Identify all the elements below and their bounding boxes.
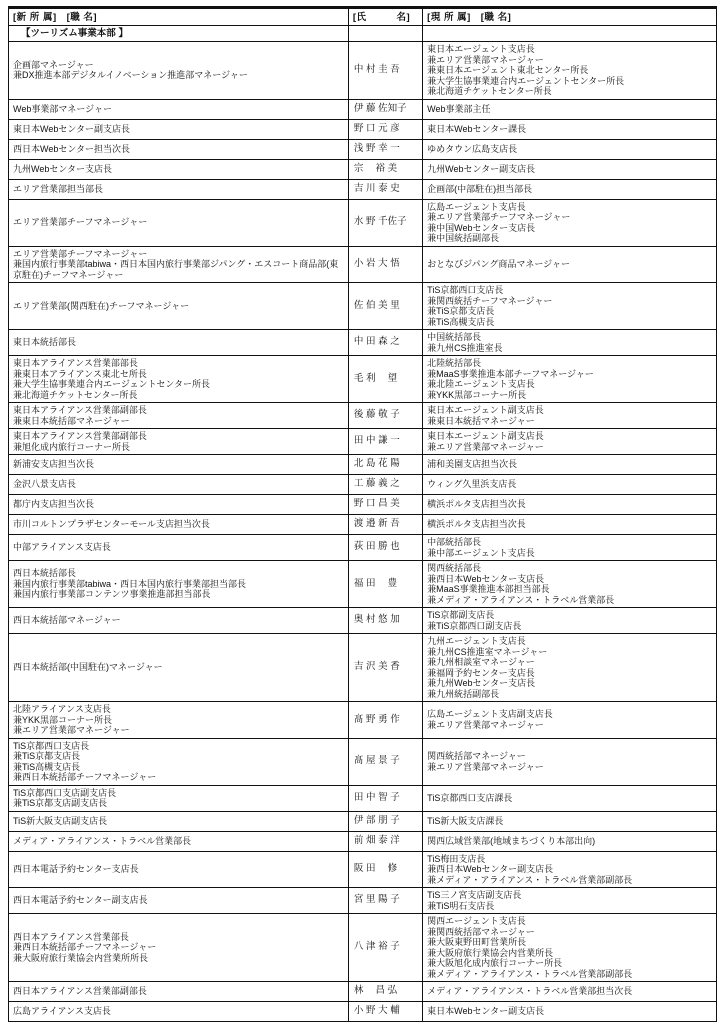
name-cell: 小 岩 大 悟 — [348, 246, 422, 283]
section-empty-cell-current — [423, 26, 717, 42]
cell-line: Web事業部マネージャー — [13, 104, 344, 115]
table-row: 東日本アライアンス営業部副部長兼旭化成内旅行コーナー所長田 中 謙 一東日本エー… — [9, 429, 717, 455]
cell-line: 企画部(中部駐在)担当部長 — [427, 184, 712, 195]
cell-line: 兼旭化成内旅行コーナー所長 — [13, 442, 344, 453]
cell-line: 兼MaaS事業推進本部チーフマネージャー — [427, 369, 712, 380]
cell-line: 北陸統括部長 — [427, 358, 712, 369]
name-cell: 水 野 千佐子 — [348, 199, 422, 246]
cell-line: 中 村 圭 吾 — [354, 65, 418, 76]
table-row: Web事業部マネージャー伊 藤 佐知子Web事業部主任 — [9, 99, 717, 119]
cell-line: 西日本電話予約センター支店長 — [13, 864, 344, 875]
cell-line: 伊 部 朋 子 — [354, 816, 418, 827]
cell-line: 兼TiS高槻支店長 — [427, 317, 712, 328]
cell-line: 浅 野 幸 一 — [354, 144, 418, 155]
cell-line: 兼東日本統括マネージャー — [427, 416, 712, 427]
current-position-cell: 関西エージェント支店長兼関西統括部マネージャー兼大阪東野田町営業所長兼大阪府旅行… — [423, 914, 717, 982]
name-cell: 毛 利 望 — [348, 356, 422, 403]
cell-line: 野 口 元 彦 — [354, 124, 418, 135]
new-position-cell: エリア営業部チーフマネージャー — [9, 199, 349, 246]
cell-line: 西日本アライアンス営業部副部長 — [13, 986, 344, 997]
cell-line: 兼MaaS事業推進本部担当部長 — [427, 584, 712, 595]
cell-line: 八 津 裕 子 — [354, 942, 418, 953]
cell-line: 中国統括部長 — [427, 332, 712, 343]
table-row: 西日本電話予約センター副支店長宮 里 陽 子TiS三ノ宮支店副支店長兼TiS明石… — [9, 888, 717, 914]
name-cell: 宗 裕 美 — [348, 159, 422, 179]
current-position-cell: 中国統括部長兼九州CS推進室長 — [423, 330, 717, 356]
cell-line: 兼国内旅行事業部tabiwa・西日本国内旅行事業部担当部長 — [13, 579, 344, 590]
cell-line: TiS京都西口支店副支店長 — [13, 788, 344, 799]
table-row: 新浦安支店担当次長北 島 花 陽浦和美園支店担当次長 — [9, 455, 717, 475]
cell-line: 前 畑 泰 洋 — [354, 836, 418, 847]
cell-line: 兼TiS京都支店長 — [13, 751, 344, 762]
current-position-cell: 東日本エージェント副支店長兼エリア営業部マネージャー — [423, 429, 717, 455]
cell-line: 東日本アライアンス営業部副部長 — [13, 431, 344, 442]
name-cell: 荻 田 勝 也 — [348, 535, 422, 561]
name-cell: 髙 野 勇 作 — [348, 702, 422, 739]
cell-line: 野 口 昌 美 — [354, 499, 418, 510]
cell-line: TiS京都西口支店課長 — [427, 793, 712, 804]
new-position-cell: エリア営業部担当部長 — [9, 179, 349, 199]
new-position-cell: エリア営業部(関西駐在)チーフマネージャー — [9, 283, 349, 330]
cell-line: 兼YKK黒部コーナー所長 — [13, 715, 344, 726]
table-row: TiS新大阪支店副支店長伊 部 朋 子TiS新大阪支店課長 — [9, 811, 717, 831]
cell-line: 東日本Webセンター課長 — [427, 124, 712, 135]
cell-line: 吉 川 泰 史 — [354, 184, 418, 195]
cell-line: 企画部マネージャー — [13, 60, 344, 71]
current-position-cell: TiS京都西口支店課長 — [423, 785, 717, 811]
new-position-cell: 企画部マネージャー兼DX推進本部デジタルイノベーション推進部マネージャー — [9, 42, 349, 100]
header-row: [新 所 属] [職 名] [氏 名] [現 所 属] [職 名] — [9, 8, 717, 26]
new-position-cell: 中部アライアンス支店長 — [9, 535, 349, 561]
cell-line: 兼中部エージェント支店長 — [427, 548, 712, 559]
current-position-cell: TiS新大阪支店課長 — [423, 811, 717, 831]
cell-line: 毛 利 望 — [354, 374, 418, 385]
new-position-cell: 東日本アライアンス営業部副部長兼東日本統括部マネージャー — [9, 403, 349, 429]
new-position-cell: 西日本統括部長兼国内旅行事業部tabiwa・西日本国内旅行事業部担当部長兼国内旅… — [9, 561, 349, 608]
table-row: TiS京都西口支店長兼TiS京都支店長兼TiS高槻支店長兼西日本統括部チーフマネ… — [9, 738, 717, 785]
table-row: 東日本Webセンター副支店長野 口 元 彦東日本Webセンター課長 — [9, 119, 717, 139]
cell-line: おとなびジパング商品マネージャー — [427, 259, 712, 270]
cell-line: 兼エリア営業部マネージャー — [427, 762, 712, 773]
current-position-cell: 東日本Webセンター副支店長 — [423, 1002, 717, 1022]
section-row: 【ツーリズム事業本部 】 — [9, 26, 717, 42]
cell-line: 関西エージェント支店長 — [427, 916, 712, 927]
cell-line: 兼TiS高槻支店長 — [13, 762, 344, 773]
cell-line: 兼メディア・アライアンス・トラベル営業部長 — [427, 595, 712, 606]
name-cell: 後 藤 敬 子 — [348, 403, 422, 429]
name-cell: 浅 野 幸 一 — [348, 139, 422, 159]
table-row: 東日本統括部長中 田 森 之中国統括部長兼九州CS推進室長 — [9, 330, 717, 356]
cell-line: 兼九州Webセンター支店長 — [427, 678, 712, 689]
cell-line: エリア営業部チーフマネージャー — [13, 249, 344, 260]
current-position-cell: 東日本エージェント支店長兼エリア営業部マネージャー兼東日本エージェント東北センタ… — [423, 42, 717, 100]
cell-line: 兼北海道チケットセンター所長 — [13, 390, 344, 401]
cell-line: 九州Webセンター副支店長 — [427, 164, 712, 175]
table-row: エリア営業部担当部長吉 川 泰 史企画部(中部駐在)担当部長 — [9, 179, 717, 199]
current-position-cell: 九州Webセンター副支店長 — [423, 159, 717, 179]
cell-line: エリア営業部チーフマネージャー — [13, 217, 344, 228]
name-cell: 伊 部 朋 子 — [348, 811, 422, 831]
cell-line: 兼関西統括チーフマネージャー — [427, 296, 712, 307]
cell-line: 兼メディア・アライアンス・トラベル営業部副部長 — [427, 875, 712, 886]
cell-line: 小 岩 大 悟 — [354, 259, 418, 270]
cell-line: 工 藤 義 之 — [354, 479, 418, 490]
cell-line: 兼国内旅行事業部tabiwa・西日本国内旅行事業部ジパング・エスコート商品部(東… — [13, 259, 344, 280]
cell-line: 兼大阪府旅行業協会内営業所長 — [427, 948, 712, 959]
name-cell: 北 島 花 陽 — [348, 455, 422, 475]
table-row: 都庁内支店担当次長野 口 昌 美横浜ポルタ支店担当次長 — [9, 495, 717, 515]
cell-line: 中部統括部長 — [427, 537, 712, 548]
cell-line: 兼TiS京都支店副支店長 — [13, 798, 344, 809]
new-position-cell: 九州Webセンター支店長 — [9, 159, 349, 179]
name-cell: 伊 藤 佐知子 — [348, 99, 422, 119]
cell-line: 中部アライアンス支店長 — [13, 542, 344, 553]
new-position-cell: 市川コルトンプラザセンターモール支店担当次長 — [9, 515, 349, 535]
cell-line: 田 中 謙 一 — [354, 436, 418, 447]
cell-line: 吉 沢 美 香 — [354, 662, 418, 673]
section-label: 【ツーリズム事業本部 】 — [9, 26, 349, 42]
cell-line: 九州エージェント支店長 — [427, 636, 712, 647]
cell-line: TiS梅田支店長 — [427, 854, 712, 865]
table-row: 市川コルトンプラザセンターモール支店担当次長渡 邉 新 吾横浜ポルタ支店担当次長 — [9, 515, 717, 535]
new-position-cell: TiS新大阪支店副支店長 — [9, 811, 349, 831]
current-position-cell: ウィング久里浜支店長 — [423, 475, 717, 495]
cell-line: 北陸アライアンス支店長 — [13, 704, 344, 715]
name-cell: 吉 沢 美 香 — [348, 634, 422, 702]
cell-line: 宗 裕 美 — [354, 164, 418, 175]
new-position-cell: 北陸アライアンス支店長兼YKK黒部コーナー所長兼エリア営業部マネージャー — [9, 702, 349, 739]
cell-line: エリア営業部担当部長 — [13, 184, 344, 195]
table-row: エリア営業部(関西駐在)チーフマネージャー佐 伯 美 里TiS京都西口支店長兼関… — [9, 283, 717, 330]
name-cell: 佐 伯 美 里 — [348, 283, 422, 330]
cell-line: 西日本統括部(中国駐在)マネージャー — [13, 662, 344, 673]
cell-line: 髙 野 勇 作 — [354, 715, 418, 726]
current-position-cell: TiS京都西口支店長兼関西統括チーフマネージャー兼TiS京都支店長兼TiS高槻支… — [423, 283, 717, 330]
cell-line: 金沢八景支店長 — [13, 479, 344, 490]
cell-line: メディア・アライアンス・トラベル営業部長 — [13, 836, 344, 847]
cell-line: 兼中国統括副部長 — [427, 233, 712, 244]
table-row: 西日本統括部長兼国内旅行事業部tabiwa・西日本国内旅行事業部担当部長兼国内旅… — [9, 561, 717, 608]
cell-line: 関西統括部マネージャー — [427, 751, 712, 762]
cell-line: 市川コルトンプラザセンターモール支店担当次長 — [13, 519, 344, 530]
cell-line: TiS京都西口支店長 — [13, 741, 344, 752]
new-position-cell: 西日本アライアンス営業部長兼西日本統括部チーフマネージャー兼大阪府旅行業協会内営… — [9, 914, 349, 982]
cell-line: 兼東日本統括部マネージャー — [13, 416, 344, 427]
name-cell: 渡 邉 新 吾 — [348, 515, 422, 535]
new-position-cell: 新浦安支店担当次長 — [9, 455, 349, 475]
new-position-cell: Web事業部マネージャー — [9, 99, 349, 119]
cell-line: 西日本Webセンター担当次長 — [13, 144, 344, 155]
cell-line: 兼九州相談室マネージャー — [427, 657, 712, 668]
current-position-cell: 横浜ポルタ支店担当次長 — [423, 515, 717, 535]
cell-line: Web事業部主任 — [427, 104, 712, 115]
new-position-cell: 東日本アライアンス営業部副部長兼旭化成内旅行コーナー所長 — [9, 429, 349, 455]
new-position-cell: 西日本アライアンス営業部副部長 — [9, 982, 349, 1002]
table-row: 西日本Webセンター担当次長浅 野 幸 一ゆめタウン広島支店長 — [9, 139, 717, 159]
new-position-cell: 西日本統括部マネージャー — [9, 608, 349, 634]
cell-line: 兼エリア営業部マネージャー — [427, 720, 712, 731]
current-position-cell: ゆめタウン広島支店長 — [423, 139, 717, 159]
table-row: エリア営業部チーフマネージャー兼国内旅行事業部tabiwa・西日本国内旅行事業部… — [9, 246, 717, 283]
new-position-cell: 西日本Webセンター担当次長 — [9, 139, 349, 159]
cell-line: 林 昌 弘 — [354, 986, 418, 997]
current-position-cell: 九州エージェント支店長兼九州CS推進室マネージャー兼九州相談室マネージャー兼福岡… — [423, 634, 717, 702]
name-cell: 小 野 大 輔 — [348, 1002, 422, 1022]
cell-line: 東日本エージェント支店長 — [427, 44, 712, 55]
personnel-transfer-table: [新 所 属] [職 名] [氏 名] [現 所 属] [職 名] 【ツーリズム… — [8, 6, 717, 1022]
cell-line: 東日本アライアンス営業部副部長 — [13, 405, 344, 416]
table-row: 西日本統括部マネージャー奥 村 悠 加TiS京都副支店長兼TiS京都西口副支店長 — [9, 608, 717, 634]
table-row: 九州Webセンター支店長宗 裕 美九州Webセンター副支店長 — [9, 159, 717, 179]
header-new-position: [新 所 属] [職 名] — [9, 8, 349, 26]
current-position-cell: TiS三ノ宮支店副支店長兼TiS明石支店長 — [423, 888, 717, 914]
cell-line: 荻 田 勝 也 — [354, 542, 418, 553]
cell-line: メディア・アライアンス・トラベル営業部担当次長 — [427, 986, 712, 997]
current-position-cell: 関西統括部マネージャー兼エリア営業部マネージャー — [423, 738, 717, 785]
current-position-cell: おとなびジパング商品マネージャー — [423, 246, 717, 283]
header-name: [氏 名] — [348, 8, 422, 26]
new-position-cell: 東日本アライアンス営業部部長兼東日本アライアンス東北セ所長兼大学生協事業連合内エ… — [9, 356, 349, 403]
cell-line: 兼西日本統括部チーフマネージャー — [13, 772, 344, 783]
current-position-cell: 横浜ポルタ支店担当次長 — [423, 495, 717, 515]
current-position-cell: Web事業部主任 — [423, 99, 717, 119]
name-cell: 阪 田 修 — [348, 851, 422, 888]
cell-line: ウィング久里浜支店長 — [427, 479, 712, 490]
new-position-cell: メディア・アライアンス・トラベル営業部長 — [9, 831, 349, 851]
cell-line: 東日本アライアンス営業部部長 — [13, 358, 344, 369]
current-position-cell: 浦和美園支店担当次長 — [423, 455, 717, 475]
table-row: 西日本アライアンス営業部副部長林 昌 弘メディア・アライアンス・トラベル営業部担… — [9, 982, 717, 1002]
cell-line: 渡 邉 新 吾 — [354, 519, 418, 530]
cell-line: TiS京都西口支店長 — [427, 285, 712, 296]
new-position-cell: 西日本統括部(中国駐在)マネージャー — [9, 634, 349, 702]
table-row: 北陸アライアンス支店長兼YKK黒部コーナー所長兼エリア営業部マネージャー髙 野 … — [9, 702, 717, 739]
name-cell: 八 津 裕 子 — [348, 914, 422, 982]
cell-line: 兼エリア営業部マネージャー — [427, 55, 712, 66]
name-cell: 工 藤 義 之 — [348, 475, 422, 495]
table-row: 西日本電話予約センター支店長阪 田 修TiS梅田支店長兼西日本Webセンター副支… — [9, 851, 717, 888]
name-cell: 田 中 謙 一 — [348, 429, 422, 455]
cell-line: 兼エリア営業部マネージャー — [427, 442, 712, 453]
cell-line: 東日本統括部長 — [13, 337, 344, 348]
cell-line: 宮 里 陽 子 — [354, 895, 418, 906]
cell-line: 兼西日本統括部チーフマネージャー — [13, 942, 344, 953]
header-current-position: [現 所 属] [職 名] — [423, 8, 717, 26]
cell-line: 兼東日本アライアンス東北セ所長 — [13, 369, 344, 380]
cell-line: 兼西日本Webセンター支店長 — [427, 574, 712, 585]
new-position-cell: 西日本電話予約センター支店長 — [9, 851, 349, 888]
cell-line: 兼DX推進本部デジタルイノベーション推進部マネージャー — [13, 70, 344, 81]
current-position-cell: 北陸統括部長兼MaaS事業推進本部チーフマネージャー兼北陸エージェント支店長兼Y… — [423, 356, 717, 403]
cell-line: 九州Webセンター支店長 — [13, 164, 344, 175]
new-position-cell: 東日本統括部長 — [9, 330, 349, 356]
current-position-cell: メディア・アライアンス・トラベル営業部担当次長 — [423, 982, 717, 1002]
cell-line: 兼北陸エージェント支店長 — [427, 379, 712, 390]
cell-line: 兼TiS京都西口副支店長 — [427, 621, 712, 632]
cell-line: 西日本統括部マネージャー — [13, 615, 344, 626]
current-position-cell: TiS梅田支店長兼西日本Webセンター副支店長兼メディア・アライアンス・トラベル… — [423, 851, 717, 888]
name-cell: 髙 屋 景 子 — [348, 738, 422, 785]
cell-line: TiS京都副支店長 — [427, 610, 712, 621]
current-position-cell: 広島エージェント支店副支店長兼エリア営業部マネージャー — [423, 702, 717, 739]
cell-line: 兼メディア・アライアンス・トラベル営業部副部長 — [427, 969, 712, 980]
cell-line: 髙 屋 景 子 — [354, 756, 418, 767]
new-position-cell: 広島アライアンス支店長 — [9, 1002, 349, 1022]
cell-line: 兼大学生協事業連合内エージェントセンター所長 — [427, 76, 712, 87]
cell-line: 兼福岡予約センター支店長 — [427, 668, 712, 679]
cell-line: 西日本電話予約センター副支店長 — [13, 895, 344, 906]
cell-line: 田 中 智 子 — [354, 793, 418, 804]
document-page: [新 所 属] [職 名] [氏 名] [現 所 属] [職 名] 【ツーリズム… — [0, 0, 725, 1024]
table-row: メディア・アライアンス・トラベル営業部長前 畑 泰 洋関西広域営業部(地域まちづ… — [9, 831, 717, 851]
table-body: 企画部マネージャー兼DX推進本部デジタルイノベーション推進部マネージャー中 村 … — [9, 42, 717, 1022]
name-cell: 前 畑 泰 洋 — [348, 831, 422, 851]
table-row: 東日本アライアンス営業部部長兼東日本アライアンス東北セ所長兼大学生協事業連合内エ… — [9, 356, 717, 403]
cell-line: 西日本統括部長 — [13, 568, 344, 579]
cell-line: 兼九州CS推進室マネージャー — [427, 647, 712, 658]
table-row: エリア営業部チーフマネージャー水 野 千佐子広島エージェント支店長兼エリア営業部… — [9, 199, 717, 246]
new-position-cell: 西日本電話予約センター副支店長 — [9, 888, 349, 914]
cell-line: 広島エージェント支店副支店長 — [427, 709, 712, 720]
table-row: 企画部マネージャー兼DX推進本部デジタルイノベーション推進部マネージャー中 村 … — [9, 42, 717, 100]
cell-line: 兼中国Webセンター支店長 — [427, 223, 712, 234]
new-position-cell: 東日本Webセンター副支店長 — [9, 119, 349, 139]
cell-line: 兼東日本エージェント東北センター所長 — [427, 65, 712, 76]
cell-line: 横浜ポルタ支店担当次長 — [427, 499, 712, 510]
cell-line: 関西広域営業部(地域まちづくり本部出向) — [427, 836, 712, 847]
cell-line: 東日本エージェント副支店長 — [427, 405, 712, 416]
cell-line: 兼エリア営業部チーフマネージャー — [427, 212, 712, 223]
cell-line: 兼TiS京都支店長 — [427, 306, 712, 317]
new-position-cell: TiS京都西口支店副支店長兼TiS京都支店副支店長 — [9, 785, 349, 811]
current-position-cell: 中部統括部長兼中部エージェント支店長 — [423, 535, 717, 561]
current-position-cell: 東日本Webセンター課長 — [423, 119, 717, 139]
name-cell: 野 口 元 彦 — [348, 119, 422, 139]
table-row: 東日本アライアンス営業部副部長兼東日本統括部マネージャー後 藤 敬 子東日本エー… — [9, 403, 717, 429]
table-row: 広島アライアンス支店長小 野 大 輔東日本Webセンター副支店長 — [9, 1002, 717, 1022]
name-cell: 中 田 森 之 — [348, 330, 422, 356]
cell-line: 広島エージェント支店長 — [427, 202, 712, 213]
cell-line: ゆめタウン広島支店長 — [427, 144, 712, 155]
cell-line: TiS新大阪支店副支店長 — [13, 816, 344, 827]
name-cell: 吉 川 泰 史 — [348, 179, 422, 199]
current-position-cell: 関西広域営業部(地域まちづくり本部出向) — [423, 831, 717, 851]
cell-line: 広島アライアンス支店長 — [13, 1006, 344, 1017]
cell-line: TiS新大阪支店課長 — [427, 816, 712, 827]
cell-line: 福 田 豊 — [354, 579, 418, 590]
cell-line: 兼北海道チケットセンター所長 — [427, 86, 712, 97]
current-position-cell: 東日本エージェント副支店長兼東日本統括マネージャー — [423, 403, 717, 429]
cell-line: 東日本Webセンター副支店長 — [427, 1006, 712, 1017]
current-position-cell: 企画部(中部駐在)担当部長 — [423, 179, 717, 199]
table-row: 金沢八景支店長工 藤 義 之ウィング久里浜支店長 — [9, 475, 717, 495]
table-row: 中部アライアンス支店長荻 田 勝 也中部統括部長兼中部エージェント支店長 — [9, 535, 717, 561]
cell-line: 北 島 花 陽 — [354, 459, 418, 470]
name-cell: 林 昌 弘 — [348, 982, 422, 1002]
cell-line: 兼YKK黒部コーナー所長 — [427, 390, 712, 401]
cell-line: 兼エリア営業部マネージャー — [13, 725, 344, 736]
cell-line: エリア営業部(関西駐在)チーフマネージャー — [13, 301, 344, 312]
name-cell: 福 田 豊 — [348, 561, 422, 608]
cell-line: 東日本エージェント副支店長 — [427, 431, 712, 442]
section-empty-cell-name — [348, 26, 422, 42]
cell-line: 後 藤 敬 子 — [354, 410, 418, 421]
cell-line: 水 野 千佐子 — [354, 217, 418, 228]
cell-line: 中 田 森 之 — [354, 337, 418, 348]
table-row: TiS京都西口支店副支店長兼TiS京都支店副支店長田 中 智 子TiS京都西口支… — [9, 785, 717, 811]
cell-line: 東日本Webセンター副支店長 — [13, 124, 344, 135]
cell-line: 関西統括部長 — [427, 563, 712, 574]
cell-line: 兼関西統括部マネージャー — [427, 927, 712, 938]
cell-line: 伊 藤 佐知子 — [354, 104, 418, 115]
name-cell: 奥 村 悠 加 — [348, 608, 422, 634]
cell-line: 兼大学生協事業連合内エージェントセンター所長 — [13, 379, 344, 390]
current-position-cell: TiS京都副支店長兼TiS京都西口副支店長 — [423, 608, 717, 634]
current-position-cell: 関西統括部長兼西日本Webセンター支店長兼MaaS事業推進本部担当部長兼メディア… — [423, 561, 717, 608]
cell-line: 都庁内支店担当次長 — [13, 499, 344, 510]
cell-line: 奥 村 悠 加 — [354, 615, 418, 626]
table-row: 西日本統括部(中国駐在)マネージャー吉 沢 美 香九州エージェント支店長兼九州C… — [9, 634, 717, 702]
cell-line: 小 野 大 輔 — [354, 1006, 418, 1017]
cell-line: TiS三ノ宮支店副支店長 — [427, 890, 712, 901]
cell-line: 兼大阪府旅行業協会内営業所所長 — [13, 953, 344, 964]
cell-line: 新浦安支店担当次長 — [13, 459, 344, 470]
cell-line: 西日本アライアンス営業部長 — [13, 932, 344, 943]
name-cell: 田 中 智 子 — [348, 785, 422, 811]
new-position-cell: 金沢八景支店長 — [9, 475, 349, 495]
cell-line: 兼大阪東野田町営業所長 — [427, 937, 712, 948]
cell-line: 兼国内旅行事業部コンテンツ事業推進部担当部長 — [13, 589, 344, 600]
cell-line: 兼西日本Webセンター副支店長 — [427, 864, 712, 875]
new-position-cell: エリア営業部チーフマネージャー兼国内旅行事業部tabiwa・西日本国内旅行事業部… — [9, 246, 349, 283]
cell-line: 兼大阪旭化成内旅行コーナー所長 — [427, 958, 712, 969]
cell-line: 兼九州統括副部長 — [427, 689, 712, 700]
cell-line: 阪 田 修 — [354, 864, 418, 875]
cell-line: 兼九州CS推進室長 — [427, 343, 712, 354]
table-row: 西日本アライアンス営業部長兼西日本統括部チーフマネージャー兼大阪府旅行業協会内営… — [9, 914, 717, 982]
cell-line: 浦和美園支店担当次長 — [427, 459, 712, 470]
cell-line: 横浜ポルタ支店担当次長 — [427, 519, 712, 530]
cell-line: 佐 伯 美 里 — [354, 301, 418, 312]
name-cell: 中 村 圭 吾 — [348, 42, 422, 100]
cell-line: 兼TiS明石支店長 — [427, 901, 712, 912]
new-position-cell: TiS京都西口支店長兼TiS京都支店長兼TiS高槻支店長兼西日本統括部チーフマネ… — [9, 738, 349, 785]
name-cell: 宮 里 陽 子 — [348, 888, 422, 914]
new-position-cell: 都庁内支店担当次長 — [9, 495, 349, 515]
name-cell: 野 口 昌 美 — [348, 495, 422, 515]
current-position-cell: 広島エージェント支店長兼エリア営業部チーフマネージャー兼中国Webセンター支店長… — [423, 199, 717, 246]
